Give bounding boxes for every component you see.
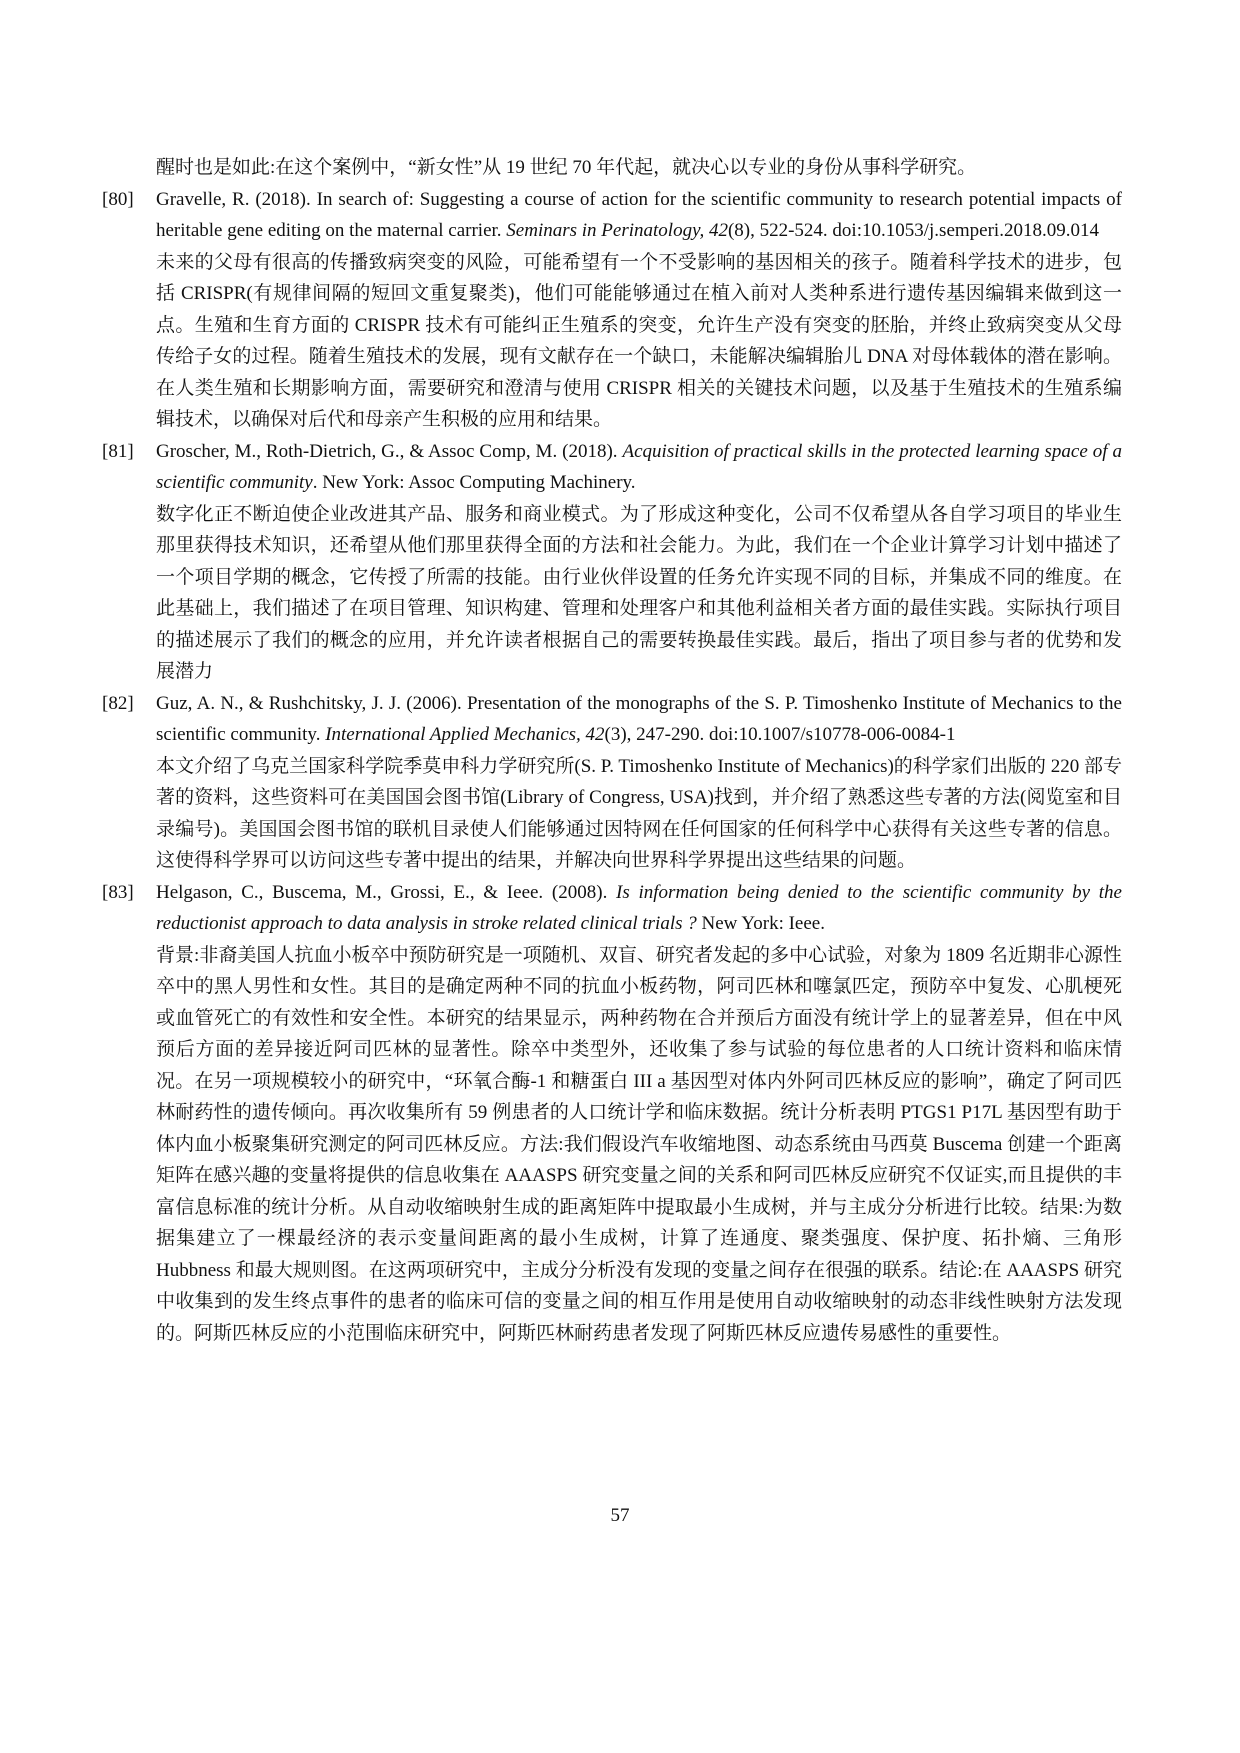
reference-citation: Guz, A. N., & Rushchitsky, J. J. (2006).… [156, 688, 1122, 751]
continuation-paragraph: 醒时也是如此:在这个案例中，“新女性”从 19 世纪 70 年代起，就决心以专业… [156, 152, 1122, 184]
reference-abstract: 数字化正不断迫使企业改进其产品、服务和商业模式。为了形成这种变化，公司不仅希望从… [156, 499, 1122, 688]
reference-citation: Groscher, M., Roth-Dietrich, G., & Assoc… [156, 436, 1122, 499]
reference-entry: [82] Guz, A. N., & Rushchitsky, J. J. (2… [156, 688, 1122, 877]
reference-abstract: 本文介绍了乌克兰国家科学院季莫申科力学研究所(S. P. Timoshenko … [156, 751, 1122, 877]
reference-entry: [80] Gravelle, R. (2018). In search of: … [156, 184, 1122, 436]
reference-citation: Helgason, C., Buscema, M., Grossi, E., &… [156, 877, 1122, 940]
reference-abstract: 未来的父母有很高的传播致病突变的风险，可能希望有一个不受影响的基因相关的孩子。随… [156, 247, 1122, 436]
reference-publisher: New York: Ieee. [697, 913, 825, 934]
reference-number: [82] [102, 688, 134, 720]
reference-number: [83] [102, 877, 134, 909]
reference-publisher: . New York: Assoc Computing Machinery. [313, 472, 636, 493]
reference-source: International Applied Mechanics, 42 [325, 724, 604, 745]
reference-abstract: 背景:非裔美国人抗血小板卒中预防研究是一项随机、双盲、研究者发起的多中心试验，对… [156, 940, 1122, 1350]
reference-entry: [81] Groscher, M., Roth-Dietrich, G., & … [156, 436, 1122, 688]
reference-entry: [83] Helgason, C., Buscema, M., Grossi, … [156, 877, 1122, 1350]
reference-authors: Gravelle, R. (2018). [156, 189, 317, 210]
reference-citation: Gravelle, R. (2018). In search of: Sugge… [156, 184, 1122, 247]
reference-number: [80] [102, 184, 134, 216]
document-page: 醒时也是如此:在这个案例中，“新女性”从 19 世纪 70 年代起，就决心以专业… [0, 0, 1240, 1753]
reference-authors: Groscher, M., Roth-Dietrich, G., & Assoc… [156, 441, 623, 462]
reference-authors: Helgason, C., Buscema, M., Grossi, E., &… [156, 882, 616, 903]
reference-source: Seminars in Perinatology, 42 [506, 220, 728, 241]
reference-authors: Guz, A. N., & Rushchitsky, J. J. (2006). [156, 693, 467, 714]
reference-number: [81] [102, 436, 134, 468]
reference-source-details: (3), 247-290. doi:10.1007/s10778-006-008… [605, 724, 956, 745]
reference-source-details: (8), 522-524. doi:10.1053/j.semperi.2018… [728, 220, 1099, 241]
page-content: 醒时也是如此:在这个案例中，“新女性”从 19 世纪 70 年代起，就决心以专业… [156, 152, 1122, 1349]
page-number: 57 [0, 1504, 1240, 1528]
